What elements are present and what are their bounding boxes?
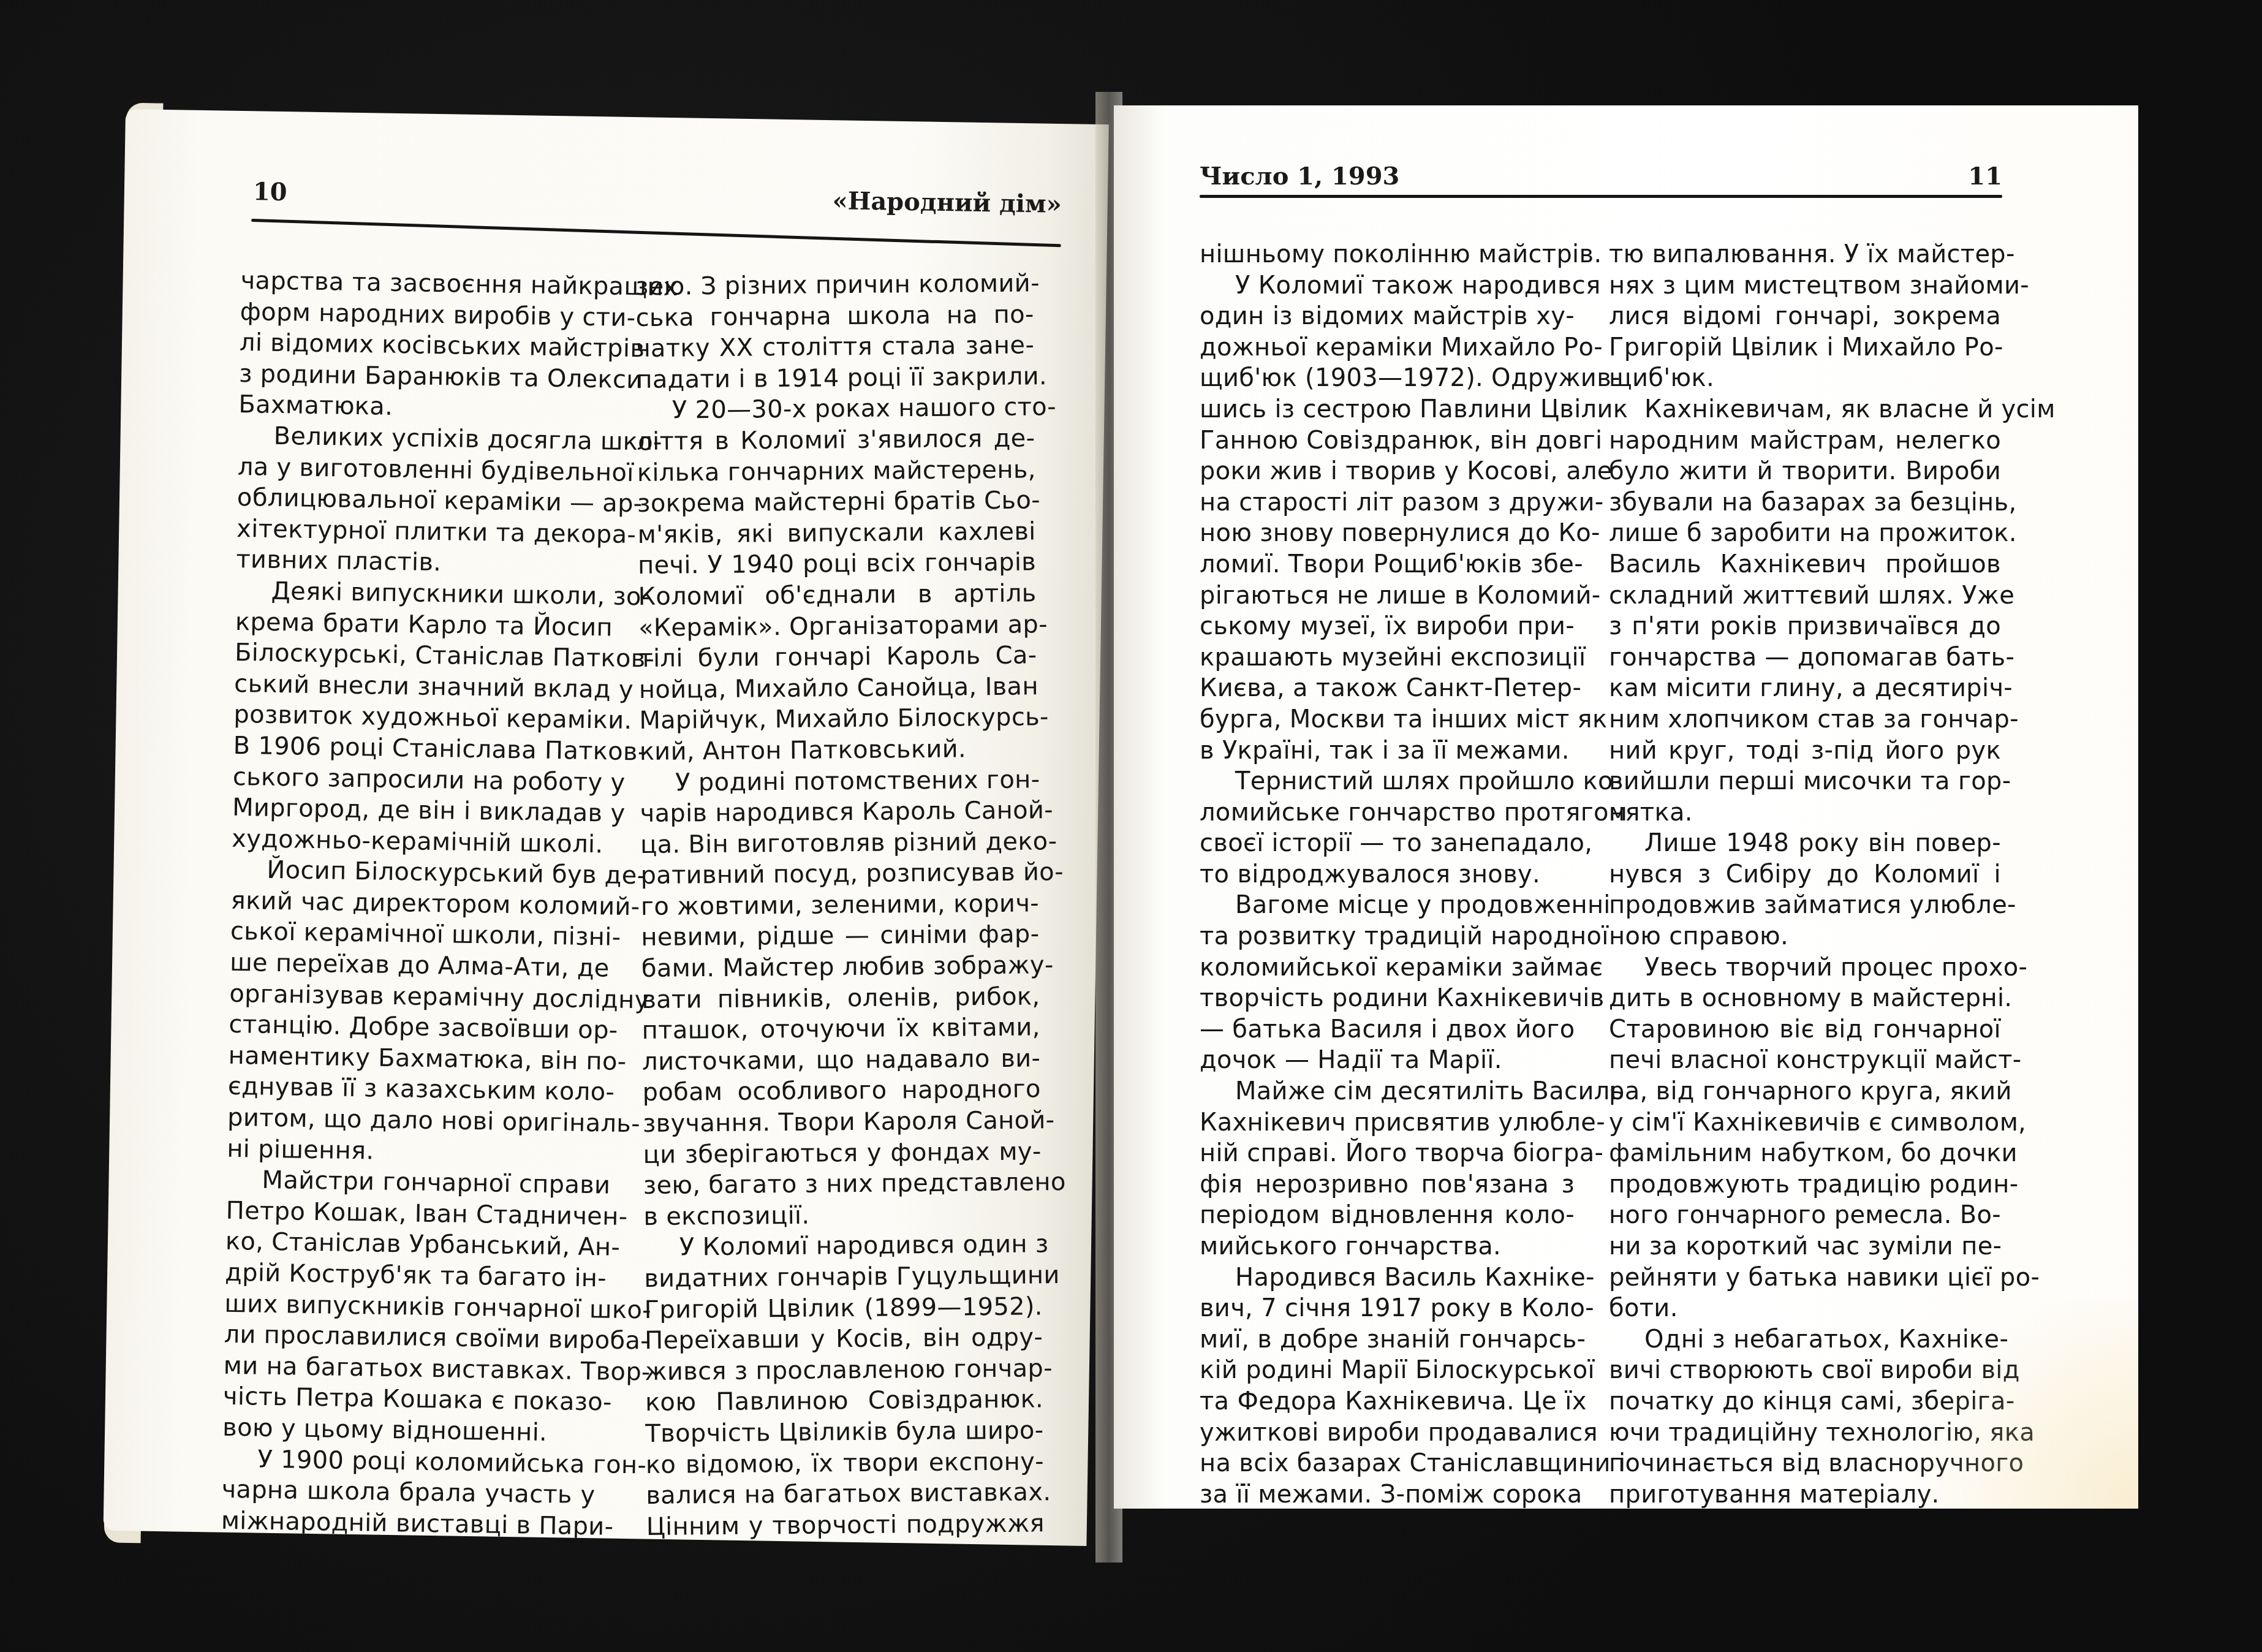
right-page-header: Число 1, 1993 11 bbox=[1200, 162, 2002, 191]
text-line: ко відомою, їх твори експону- bbox=[646, 1446, 1044, 1480]
text-line: У 20—30-х роках нашого сто- bbox=[637, 392, 1035, 426]
header-rule bbox=[1200, 195, 2002, 198]
text-line: чарів народився Кароль Саной- bbox=[640, 795, 1038, 829]
text-line: кій родині Марії Білоскурської bbox=[1200, 1355, 1575, 1386]
text-line: Коломиї об'єднали в артіль bbox=[638, 578, 1036, 612]
text-line: ломийське гончарство протягом bbox=[1200, 797, 1575, 828]
text-line: Одні з небагатьох, Кахніке- bbox=[1609, 1324, 2001, 1355]
text-column-3: нішньому поколінню майстрів.У Коломиї та… bbox=[1200, 239, 1575, 1509]
text-line: тілі були гончарі Кароль Са- bbox=[638, 640, 1037, 675]
text-line: ний круг, тоді з-під його рук bbox=[1609, 735, 2001, 767]
text-line: продовжують традицію родин- bbox=[1609, 1169, 2001, 1200]
text-line: ли прославилися своїми вироба- bbox=[224, 1319, 598, 1356]
text-line: у сім'ї Кахнікевичів є символом, bbox=[1609, 1107, 2001, 1139]
text-line: облицювальної кераміки — ар- bbox=[237, 482, 611, 519]
text-line: Народився Василь Кахніке- bbox=[1200, 1262, 1575, 1294]
text-line: чатку XX століття стала зане- bbox=[636, 330, 1034, 365]
text-line: Григорій Цвілик (1899—1952). bbox=[645, 1291, 1043, 1325]
left-page-header: 10 «Народний дім» bbox=[253, 177, 1062, 219]
text-line: вичі створюють свої вироби від bbox=[1609, 1355, 2001, 1386]
text-line: Творчість Цвіликів була широ- bbox=[645, 1415, 1043, 1449]
text-line: своєї історії — то занепадало, bbox=[1200, 828, 1575, 859]
text-line: Білоскурські, Станіслав Патков- bbox=[235, 637, 609, 674]
text-line: рейняти у батька навики цієї ро- bbox=[1609, 1262, 2001, 1294]
text-line: чарства та засвоєння найкращих bbox=[240, 265, 615, 302]
text-line: фія нерозривно пов'язана з bbox=[1200, 1169, 1575, 1200]
text-line: нішньому поколінню майстрів. bbox=[1200, 239, 1575, 270]
text-line: Майстри гончарної справи bbox=[226, 1164, 600, 1201]
text-line: У родині потомствених гон- bbox=[640, 764, 1038, 798]
text-line: боти. bbox=[1609, 1293, 2001, 1324]
text-line: ритом, що дало нові оригіналь- bbox=[227, 1102, 602, 1139]
text-line: то відроджувалося знову. bbox=[1200, 859, 1575, 890]
text-line: початку до кінця самі, зберіга- bbox=[1609, 1386, 2001, 1417]
text-line: нойца, Михайло Санойца, Іван bbox=[639, 671, 1037, 705]
text-line: Переїхавши у Косів, він одру- bbox=[645, 1322, 1043, 1357]
text-line: з п'яти років призвичаївся до bbox=[1609, 611, 2001, 642]
text-line: творчість родини Кахнікевичів bbox=[1200, 983, 1575, 1014]
text-line: печі. У 1940 році всіх гончарів bbox=[638, 547, 1036, 582]
text-line: Миргород, де він і викладав у bbox=[232, 792, 607, 829]
page-number: 10 bbox=[253, 177, 287, 206]
text-line: видатних гончарів Гуцульщини bbox=[644, 1260, 1042, 1294]
text-line: листочками, що надавало ви- bbox=[642, 1043, 1040, 1077]
text-line: крашають музейні експозиції bbox=[1200, 642, 1575, 673]
text-line: Ганною Совіздранюк, він довгі bbox=[1200, 425, 1575, 457]
text-line: ська гончарна школа на по- bbox=[635, 299, 1034, 333]
text-line: кою Павлиною Совіздранюк. bbox=[645, 1384, 1043, 1419]
text-line: миї, в добре знаній гончарсь- bbox=[1200, 1324, 1575, 1355]
text-line: коломийської кераміки займає bbox=[1200, 952, 1575, 983]
text-line: дить в основному в майстерні. bbox=[1609, 983, 2001, 1014]
text-line: щиб'юк. bbox=[1609, 363, 2001, 394]
text-line: вич, 7 січня 1917 року в Коло- bbox=[1200, 1293, 1575, 1324]
text-line: «Керамік». Організаторами ар- bbox=[638, 609, 1037, 643]
text-line: було жити й творити. Вироби bbox=[1609, 456, 2001, 487]
text-line: валися на багатьох виставках. bbox=[646, 1477, 1044, 1512]
text-line: народним майстрам, нелегко bbox=[1609, 425, 2001, 457]
text-line: в Україні, так і за її межами. bbox=[1200, 735, 1575, 767]
text-line: ній справі. Його творча біогра- bbox=[1200, 1138, 1575, 1169]
text-line: роки жив і творив у Косові, але bbox=[1200, 456, 1575, 487]
header-rule bbox=[251, 219, 1061, 248]
text-line: Деякі випускники школи, зо- bbox=[235, 575, 610, 612]
text-line: ше переїхав до Алма-Ати, де bbox=[230, 947, 604, 984]
text-line: ца. Він виготовляв різний деко- bbox=[640, 826, 1038, 860]
text-line: складний життєвий шлях. Уже bbox=[1609, 580, 2001, 612]
text-line: станцію. Добре засвоївши ор- bbox=[229, 1009, 603, 1046]
text-line: Йосип Білоскурський був де- bbox=[231, 854, 605, 891]
text-line: У Коломиї народився один з bbox=[644, 1229, 1042, 1264]
issue-label: Число 1, 1993 bbox=[1200, 162, 1399, 191]
text-line: печі власної конструкції майст- bbox=[1609, 1045, 2001, 1076]
text-line: падати і в 1914 році її закрили. bbox=[636, 361, 1034, 395]
text-line: ного гончарного ремесла. Во- bbox=[1609, 1200, 2001, 1231]
text-line: Лише 1948 року він повер- bbox=[1609, 828, 2001, 859]
text-line: ломиї. Твори Рощиб'юків збе- bbox=[1200, 549, 1575, 580]
text-line: вою у цьому відношенні. bbox=[222, 1412, 597, 1449]
text-line: фамільним набутком, бо дочки bbox=[1609, 1138, 2001, 1169]
text-line: в експозиції. bbox=[643, 1198, 1042, 1232]
text-line: Великих успіхів досягла шко- bbox=[238, 420, 612, 457]
text-line: бами. Майстер любив зображу- bbox=[641, 950, 1040, 984]
text-line: ському музеї, їх вироби при- bbox=[1200, 611, 1575, 642]
text-line: невими, рідше — синіми фар- bbox=[641, 919, 1039, 953]
text-line: Майже сім десятиліть Василь bbox=[1200, 1076, 1575, 1107]
text-line: Тернистий шлях пройшло ко- bbox=[1200, 766, 1575, 797]
text-line: ративний посуд, розписував йо- bbox=[640, 857, 1038, 892]
right-page: Число 1, 1993 11 нішньому поколінню майс… bbox=[1114, 105, 2138, 1509]
page-number: 11 bbox=[1968, 162, 2002, 191]
text-line: кам місити глину, а десятиріч- bbox=[1609, 673, 2001, 704]
text-line: та розвитку традицій народної bbox=[1200, 921, 1575, 952]
text-line: лися відомі гончарі, зокрема bbox=[1609, 301, 2001, 332]
text-line: жився з прославленою гончар- bbox=[645, 1353, 1043, 1387]
text-line: нях з цим мистецтвом знайоми- bbox=[1609, 270, 2001, 301]
text-line: Києва, а також Санкт-Петер- bbox=[1200, 673, 1575, 704]
text-line: Марійчук, Михайло Білоскурсь- bbox=[639, 702, 1037, 737]
left-page: 10 «Народний дім» чарства та засвоєння н… bbox=[104, 109, 1109, 1546]
text-line: Григорій Цвілик і Михайло Ро- bbox=[1609, 332, 2001, 363]
text-line: нятка. bbox=[1609, 797, 2001, 828]
text-line: Кахнікевичам, як власне й усім bbox=[1609, 394, 2001, 425]
text-line: на старості літ разом з дружи- bbox=[1200, 487, 1575, 518]
text-line: міжнародній виставці в Пари- bbox=[221, 1505, 595, 1542]
text-line: гончарства — допомагав бать- bbox=[1609, 642, 2001, 673]
text-line: — батька Василя і двох його bbox=[1200, 1014, 1575, 1045]
text-line: ци зберігаються у фондах му- bbox=[643, 1136, 1041, 1170]
text-line: періодом відновлення коло- bbox=[1200, 1200, 1575, 1231]
text-line: Вагоме місце у продовженні bbox=[1200, 890, 1575, 921]
text-line: чарна школа брала участь у bbox=[221, 1474, 596, 1511]
text-line: кий, Антон Патковський. bbox=[640, 733, 1038, 767]
text-line: ючи традиційну технологію, яка bbox=[1609, 1417, 2001, 1449]
text-line: ра, від гончарного круга, який bbox=[1609, 1076, 2001, 1107]
text-line: жі, де за кращі керамічні тво- bbox=[221, 1536, 595, 1546]
text-line: звучання. Твори Кароля Саной- bbox=[643, 1105, 1041, 1139]
text-line: бурга, Москви та інших міст як bbox=[1200, 704, 1575, 735]
text-line: ною справою. bbox=[1609, 921, 2001, 952]
text-line: Старовиною віє від гончарної bbox=[1609, 1014, 2001, 1045]
text-line: Цінним у творчості подружжя bbox=[646, 1508, 1045, 1542]
text-line: В 1906 році Станіслава Патков- bbox=[233, 730, 607, 767]
text-line: на всіх базарах Станіславщини і bbox=[1200, 1448, 1575, 1479]
text-line: ни за короткий час зуміли пе- bbox=[1609, 1231, 2001, 1262]
text-line: дочок — Надії та Марії. bbox=[1200, 1045, 1575, 1076]
text-line: пташок, оточуючи їх квітами, bbox=[642, 1012, 1040, 1047]
text-line: зокрема майстерні братів Сьо- bbox=[637, 485, 1035, 520]
text-line: Василь Кахнікевич пройшов bbox=[1609, 549, 2001, 580]
text-line: Увесь творчий процес прохо- bbox=[1609, 952, 2001, 983]
text-column-2: зею. З різних причин коломий-ська гончар… bbox=[635, 268, 1045, 1545]
text-line: збували на базарах за безцінь, bbox=[1609, 487, 2001, 518]
text-line: ліття в Коломиї з'явилося де- bbox=[637, 423, 1035, 457]
text-line: мийського гончарства. bbox=[1200, 1231, 1575, 1262]
text-line: У Коломиї також народився bbox=[1200, 270, 1575, 301]
text-line: один із відомих майстрів ху- bbox=[1200, 301, 1575, 332]
text-line: лише б заробити на прожиток. bbox=[1609, 518, 2001, 549]
text-line: вати півників, оленів, рибок, bbox=[641, 981, 1040, 1015]
text-line: щиб'юк (1903—1972). Одружив- bbox=[1200, 363, 1575, 394]
text-line: тю випалювання. У їх майстер- bbox=[1609, 239, 2001, 270]
text-line: вийшли перші мисочки та гор- bbox=[1609, 766, 2001, 797]
text-line: робам особливого народного bbox=[642, 1074, 1040, 1108]
text-line: продовжив займатися улюбле- bbox=[1609, 890, 2001, 921]
text-line: рігаються не лише в Коломий- bbox=[1200, 580, 1575, 612]
text-line: Кахнікевич присвятив улюбле- bbox=[1200, 1107, 1575, 1139]
text-line: ним хлопчиком став за гончар- bbox=[1609, 704, 2001, 735]
text-line: ною знову повернулися до Ко- bbox=[1200, 518, 1575, 549]
text-line: дожньої кераміки Михайло Ро- bbox=[1200, 332, 1575, 363]
text-line: зею. З різних причин коломий- bbox=[635, 268, 1034, 302]
text-line: ужиткові вироби продавалися bbox=[1200, 1417, 1575, 1449]
text-line: шись із сестрою Павлини Цвілик bbox=[1200, 394, 1575, 425]
text-line: дрій Коструб'як та багато ін- bbox=[225, 1257, 599, 1294]
text-line: та Федора Кахнікевича. Це їх bbox=[1200, 1386, 1575, 1417]
text-line: зею, багато з них представлено bbox=[643, 1167, 1042, 1202]
text-column-4: тю випалювання. У їх майстер-нях з цим м… bbox=[1609, 239, 2001, 1509]
text-line: лі відомих косівських майстрів bbox=[240, 327, 614, 364]
text-line: приготування матеріалу. bbox=[1609, 1479, 2001, 1509]
text-column-1: чарства та засвоєння найкращихформ народ… bbox=[219, 265, 615, 1546]
text-line: за її межами. З-поміж сорока bbox=[1200, 1479, 1575, 1509]
text-line: кілька гончарних майстерень, bbox=[637, 454, 1035, 488]
text-line: нувся з Сибіру до Коломиї і bbox=[1609, 859, 2001, 890]
text-line: го жовтими, зеленими, корич- bbox=[641, 888, 1039, 922]
text-line: м'яків, які випускали кахлеві bbox=[637, 516, 1035, 550]
magazine-title: «Народний дім» bbox=[832, 186, 1062, 219]
text-line: починається від власноручного bbox=[1609, 1448, 2001, 1479]
